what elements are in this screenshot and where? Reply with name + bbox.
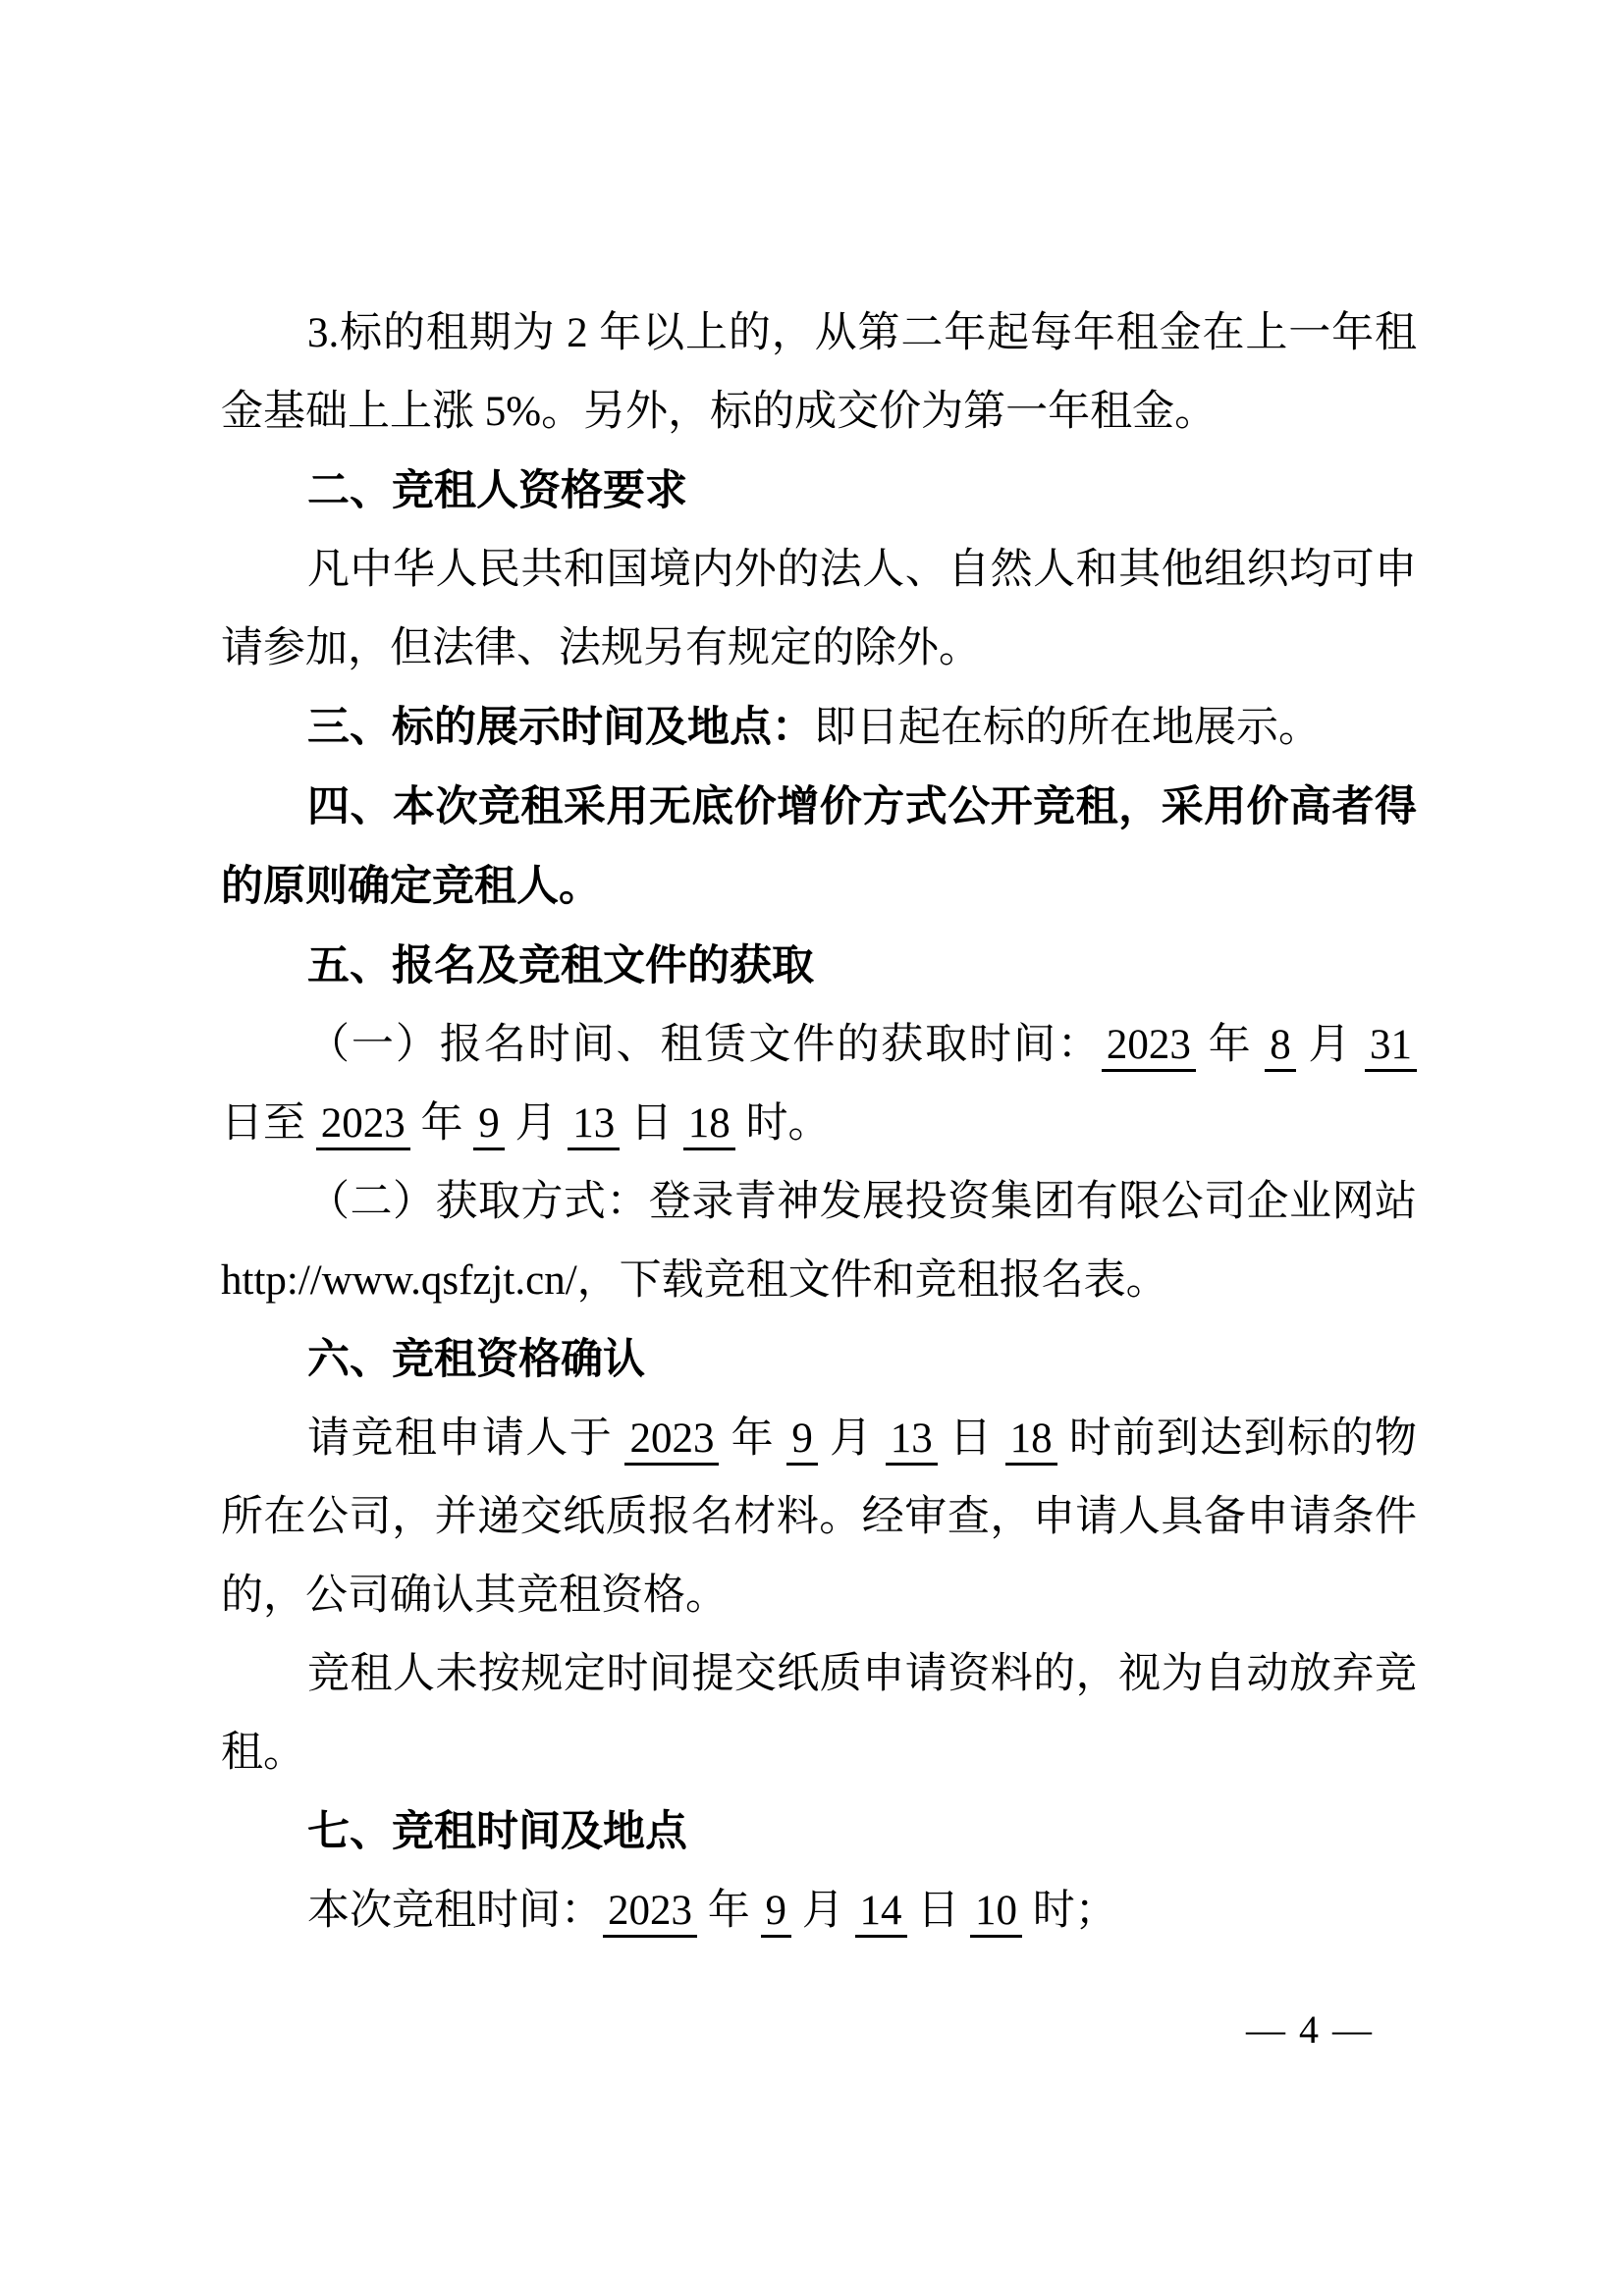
text-run: 月 xyxy=(505,1100,568,1147)
text-run: 二、竞租人资格要求 xyxy=(307,467,687,514)
underlined-value: 10 xyxy=(970,1888,1022,1938)
text-run: 日 xyxy=(907,1888,971,1934)
text-run: 日 xyxy=(938,1415,1005,1462)
text-run: 竞租人未按规定时间提交纸质申请资料的，视为自动放弃竞租。 xyxy=(221,1651,1417,1776)
text-run: 年 xyxy=(410,1100,474,1147)
text-run: 年 xyxy=(697,1888,761,1934)
text-run: 日 xyxy=(620,1100,683,1147)
text-run: 四、本次竞租采用无底价增价方式公开竞租，采用价高者得的原则确定竞租人。 xyxy=(221,783,1417,910)
paragraph-11: 竞租人未按规定时间提交纸质申请资料的，视为自动放弃竞租。 xyxy=(221,1635,1417,1792)
text-run: 即日起在标的所在地展示。 xyxy=(814,705,1321,751)
text-run: 本次竞租时间： xyxy=(307,1888,603,1934)
text-run: 年 xyxy=(1196,1022,1265,1068)
document-page: 3.标的租期为 2 年以上的，从第二年起每年租金在上一年租金基础上上涨 5%。另… xyxy=(0,0,1624,2296)
paragraph-1: 3.标的租期为 2 年以上的，从第二年起每年租金在上一年租金基础上上涨 5%。另… xyxy=(221,294,1417,452)
underlined-value: 2023 xyxy=(316,1100,410,1150)
heading-9: 六、竞租资格确认 xyxy=(221,1320,1417,1400)
underlined-value: 9 xyxy=(761,1888,792,1938)
underlined-value: 31 xyxy=(1365,1022,1417,1072)
text-run: 月 xyxy=(791,1888,855,1934)
paragraph-4: 三、标的展示时间及地点：即日起在标的所在地展示。 xyxy=(221,688,1417,768)
heading-2: 二、竞租人资格要求 xyxy=(221,452,1417,531)
underlined-value: 14 xyxy=(855,1888,907,1938)
paragraph-10: 请竞租申请人于 2023 年 9 月 13 日 18 时前到达到标的物所在公司，… xyxy=(221,1400,1417,1635)
heading-6: 五、报名及竞租文件的获取 xyxy=(221,927,1417,1006)
paragraph-7: （一）报名时间、租赁文件的获取时间：2023 年 8 月 31 日至 2023 … xyxy=(221,1006,1417,1163)
heading-12: 七、竞租时间及地点 xyxy=(221,1792,1417,1872)
text-run: 五、报名及竞租文件的获取 xyxy=(307,942,814,989)
text-run: 请竞租申请人于 xyxy=(307,1415,624,1462)
text-run: 六、竞租资格确认 xyxy=(307,1336,645,1383)
paragraph-13: 本次竞租时间：2023 年 9 月 14 日 10 时； xyxy=(221,1872,1417,1950)
text-run: 月 xyxy=(818,1415,886,1462)
text-run: 凡中华人民共和国境内外的法人、自然人和其他组织均可申请参加，但法律、法规另有规定… xyxy=(221,547,1417,671)
underlined-value: 13 xyxy=(568,1100,620,1150)
paragraph-8: （二）获取方式：登录青神发展投资集团有限公司企业网站http://www.qsf… xyxy=(221,1163,1417,1320)
underlined-value: 8 xyxy=(1265,1022,1296,1072)
underlined-value: 2023 xyxy=(624,1415,719,1466)
underlined-value: 2023 xyxy=(603,1888,697,1938)
document-body: 3.标的租期为 2 年以上的，从第二年起每年租金在上一年租金基础上上涨 5%。另… xyxy=(221,294,1417,1950)
text-run: 年 xyxy=(719,1415,786,1462)
text-run: 月 xyxy=(1296,1022,1365,1068)
text-run: 时； xyxy=(1022,1888,1117,1934)
underlined-value: 18 xyxy=(1005,1415,1057,1466)
heading-5: 四、本次竞租采用无底价增价方式公开竞租，采用价高者得的原则确定竞租人。 xyxy=(221,768,1417,927)
page-number: — 4 — xyxy=(1246,2008,1374,2052)
underlined-value: 18 xyxy=(683,1100,735,1150)
text-run: 七、竞租时间及地点 xyxy=(307,1808,687,1855)
underlined-value: 2023 xyxy=(1102,1022,1196,1072)
underlined-value: 13 xyxy=(886,1415,938,1466)
underlined-value: 9 xyxy=(473,1100,505,1150)
text-run: 3.标的租期为 2 年以上的，从第二年起每年租金在上一年租金基础上上涨 5%。另… xyxy=(221,310,1417,435)
text-run: ，下载竞租文件和竞租报名表。 xyxy=(577,1257,1168,1304)
url-text: http://www.qsfzjt.cn/ xyxy=(221,1257,577,1304)
text-run: （一）报名时间、租赁文件的获取时间： xyxy=(307,1022,1102,1068)
text-run: 时。 xyxy=(735,1100,831,1147)
text-run: 三、标的展示时间及地点： xyxy=(307,704,814,751)
paragraph-3: 凡中华人民共和国境内外的法人、自然人和其他组织均可申请参加，但法律、法规另有规定… xyxy=(221,531,1417,688)
text-run: （二）获取方式：登录青神发展投资集团有限公司企业网站 xyxy=(307,1179,1417,1225)
underlined-value: 9 xyxy=(786,1415,818,1466)
